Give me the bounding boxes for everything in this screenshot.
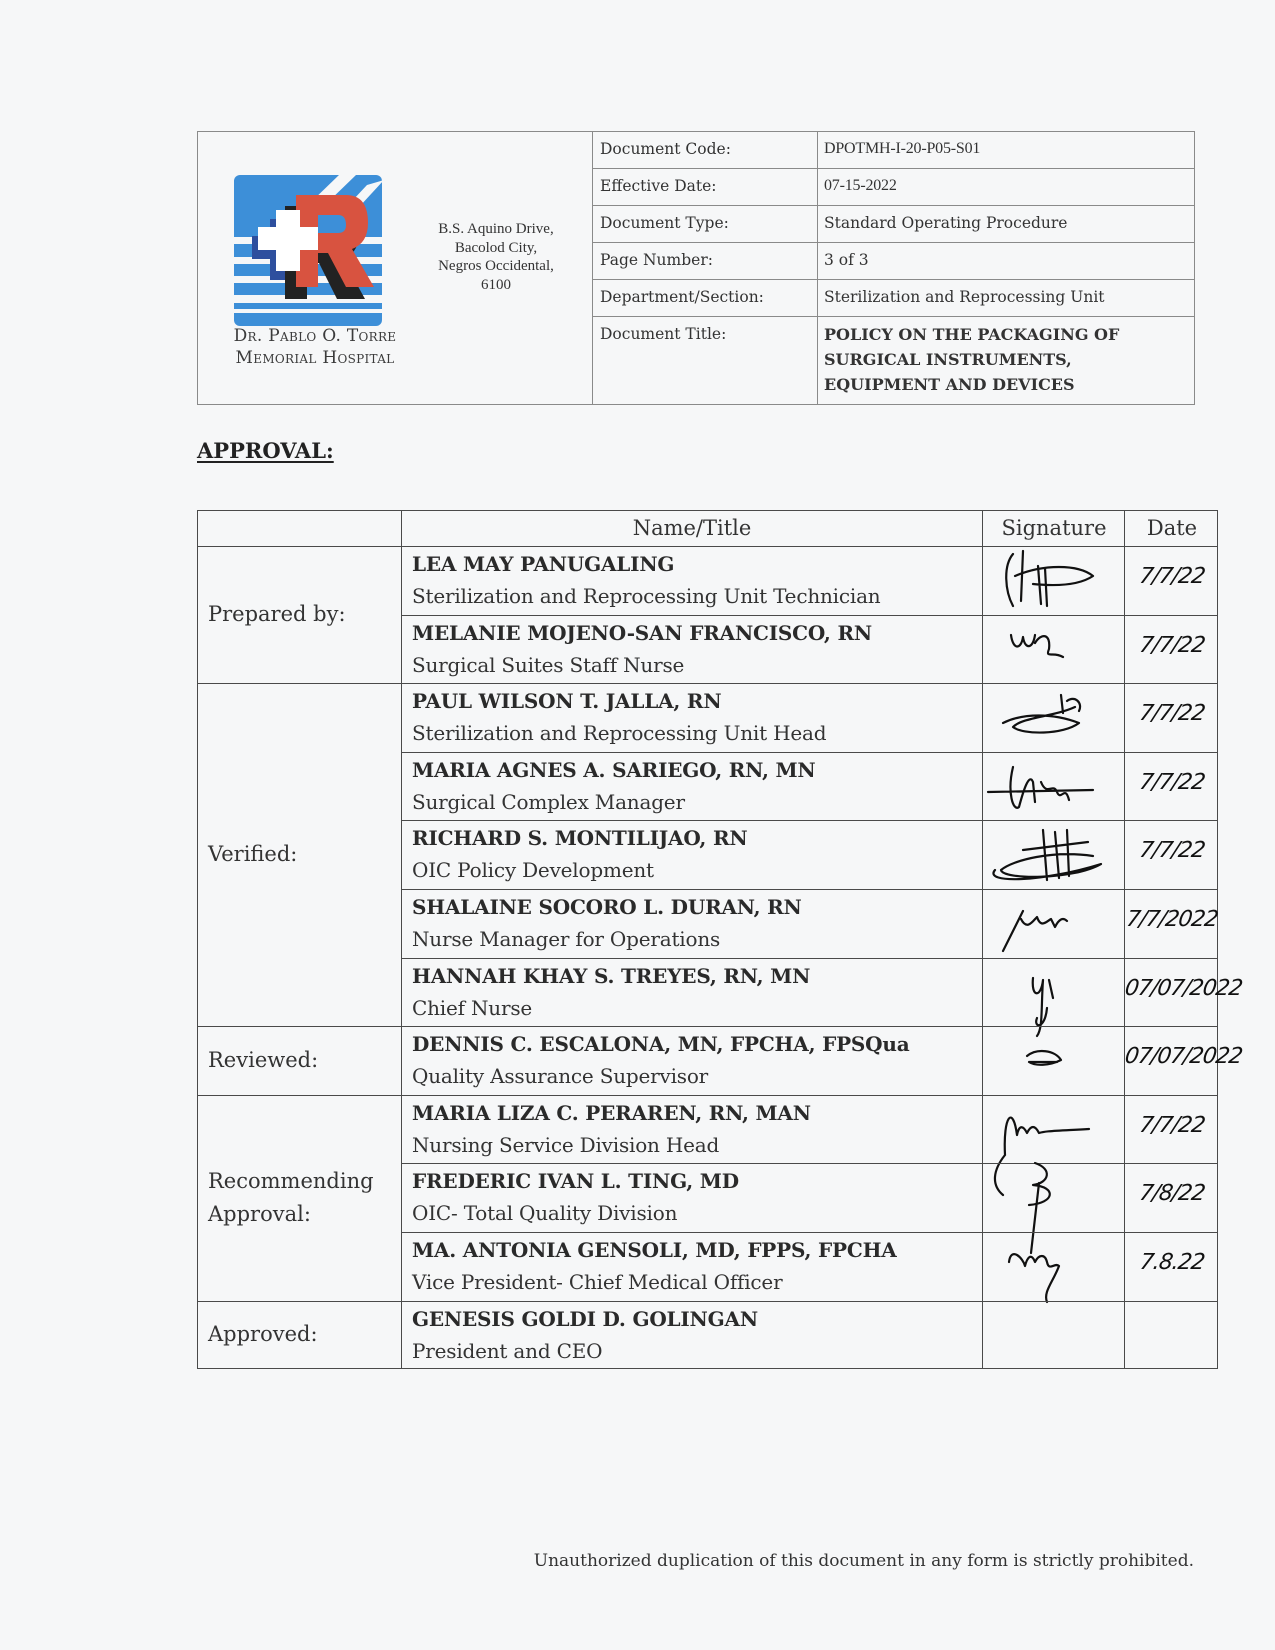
- field-label: Document Type:: [593, 206, 818, 242]
- signatory-row: FREDERIC IVAN L. TING, MDOIC- Total Qual…: [402, 1165, 983, 1229]
- signatory-row: PAUL WILSON T. JALLA, RNSterilization an…: [402, 685, 983, 749]
- signatory-name: LEA MAY PANUGALING: [412, 548, 983, 580]
- signatory-title: President and CEO: [412, 1335, 983, 1367]
- field-document-title: Document Title: POLICY ON THE PACKAGING …: [593, 317, 1194, 404]
- signatory-name: FREDERIC IVAN L. TING, MD: [412, 1165, 983, 1197]
- signatory-title: Sterilization and Reprocessing Unit Tech…: [412, 580, 983, 612]
- group-label: Recommending Approval:: [198, 1095, 402, 1301]
- field-value: 07-15-2022: [818, 169, 1194, 205]
- signature-date: 7/7/22: [1123, 633, 1221, 658]
- handwritten-signature-icon: [983, 546, 1125, 614]
- field-label: Department/Section:: [593, 280, 818, 316]
- field-document-type: Document Type: Standard Operating Proced…: [593, 206, 1194, 243]
- signature-cell: [983, 1232, 1125, 1301]
- handwritten-signature-icon: [983, 958, 1125, 1026]
- signatory-name: MELANIE MOJENO-SAN FRANCISCO, RN: [412, 617, 983, 649]
- signature-cell: [983, 1301, 1125, 1370]
- handwritten-signature-icon: [983, 683, 1125, 751]
- signatory-title: OIC- Total Quality Division: [412, 1197, 983, 1229]
- signatory-title: Chief Nurse: [412, 992, 983, 1024]
- signature-cell: [983, 889, 1125, 958]
- signature-cell: [983, 820, 1125, 889]
- handwritten-signature-icon: [983, 1026, 1125, 1094]
- approval-heading: APPROVAL:: [197, 438, 334, 463]
- signatory-row: RICHARD S. MONTILIJAO, RNOIC Policy Deve…: [402, 822, 983, 886]
- handwritten-signature-icon: [983, 1232, 1125, 1300]
- document-title: POLICY ON THE PACKAGING OF SURGICAL INST…: [818, 317, 1194, 404]
- field-label: Effective Date:: [593, 169, 818, 205]
- hospital-logo-icon: [234, 175, 389, 326]
- signature-cell: [983, 683, 1125, 752]
- signature-cell: [983, 752, 1125, 821]
- field-value: DPOTMH-I-20-P05-S01: [818, 132, 1194, 168]
- hospital-address: B.S. Aquino Drive, Bacolod City, Negros …: [411, 220, 581, 294]
- signatory-row: HANNAH KHAY S. TREYES, RN, MNChief Nurse: [402, 960, 983, 1024]
- signatory-title: Surgical Suites Staff Nurse: [412, 649, 983, 681]
- approval-table: Name/Title Signature Date Prepared by:LE…: [197, 510, 1218, 1369]
- signatory-row: LEA MAY PANUGALINGSterilization and Repr…: [402, 548, 983, 612]
- handwritten-signature-icon: [983, 1095, 1125, 1163]
- field-value: Sterilization and Reprocessing Unit: [818, 280, 1194, 316]
- signatory-title: Sterilization and Reprocessing Unit Head: [412, 717, 983, 749]
- signatory-title: OIC Policy Development: [412, 854, 983, 886]
- handwritten-signature-icon: [983, 615, 1125, 683]
- column-header-date: Date: [1125, 511, 1219, 546]
- group-label: Approved:: [198, 1301, 402, 1370]
- group-label: Prepared by:: [198, 546, 402, 683]
- field-label: Document Title:: [593, 317, 818, 404]
- signature-date: 7/7/22: [1123, 564, 1221, 589]
- signatory-row: MARIA LIZA C. PERAREN, RN, MANNursing Se…: [402, 1097, 983, 1161]
- signature-date: 7/7/22: [1123, 701, 1221, 726]
- footer-notice: Unauthorized duplication of this documen…: [534, 1551, 1194, 1571]
- column-header-signature: Signature: [983, 511, 1125, 546]
- signature-date: 7/7/22: [1123, 1113, 1221, 1138]
- signatory-title: Nurse Manager for Operations: [412, 923, 983, 955]
- signature-cell: [983, 1163, 1125, 1232]
- signatory-title: Nursing Service Division Head: [412, 1129, 983, 1161]
- document-header-table: Dr. Pablo O. Torre Memorial Hospital B.S…: [197, 131, 1195, 405]
- signatory-name: HANNAH KHAY S. TREYES, RN, MN: [412, 960, 983, 992]
- column-header-name-title: Name/Title: [402, 511, 982, 546]
- signatory-name: MA. ANTONIA GENSOLI, MD, FPPS, FPCHA: [412, 1234, 983, 1266]
- handwritten-signature-icon: [983, 752, 1125, 820]
- signatory-row: MARIA AGNES A. SARIEGO, RN, MNSurgical C…: [402, 754, 983, 818]
- signature-cell: [983, 615, 1125, 684]
- signatory-row: MELANIE MOJENO-SAN FRANCISCO, RNSurgical…: [402, 617, 983, 681]
- field-department: Department/Section: Sterilization and Re…: [593, 280, 1194, 317]
- signatory-name: MARIA AGNES A. SARIEGO, RN, MN: [412, 754, 983, 786]
- signature-cell: [983, 958, 1125, 1027]
- handwritten-signature-icon: [983, 820, 1125, 888]
- signatory-name: DENNIS C. ESCALONA, MN, FPCHA, FPSQua: [412, 1028, 983, 1060]
- signature-cell: [983, 1026, 1125, 1095]
- signatory-name: MARIA LIZA C. PERAREN, RN, MAN: [412, 1097, 983, 1129]
- signatory-row: SHALAINE SOCORO L. DURAN, RNNurse Manage…: [402, 891, 983, 955]
- row-divider: [198, 546, 1217, 547]
- signatory-row: DENNIS C. ESCALONA, MN, FPCHA, FPSQuaQua…: [402, 1028, 983, 1092]
- signature-cell: [983, 1095, 1125, 1164]
- field-label: Page Number:: [593, 243, 818, 279]
- signatory-row: GENESIS GOLDI D. GOLINGANPresident and C…: [402, 1303, 983, 1367]
- signatory-name: RICHARD S. MONTILIJAO, RN: [412, 822, 983, 854]
- group-label: Verified:: [198, 683, 402, 1026]
- hospital-name-line2: Memorial Hospital: [210, 348, 420, 368]
- handwritten-signature-icon: [983, 889, 1125, 957]
- field-document-code: Document Code: DPOTMH-I-20-P05-S01: [593, 132, 1194, 169]
- field-value: Standard Operating Procedure: [818, 206, 1194, 242]
- group-label: Reviewed:: [198, 1026, 402, 1095]
- field-value: 3 of 3: [818, 243, 1194, 279]
- signatory-title: Vice President- Chief Medical Officer: [412, 1266, 983, 1298]
- signatory-name: SHALAINE SOCORO L. DURAN, RN: [412, 891, 983, 923]
- signature-date: 07/07/2022: [1123, 976, 1221, 1001]
- signature-date: 07/07/2022: [1123, 1044, 1221, 1069]
- signatory-title: Surgical Complex Manager: [412, 786, 983, 818]
- field-page-number: Page Number: 3 of 3: [593, 243, 1194, 280]
- signature-cell: [983, 546, 1125, 615]
- signatory-name: PAUL WILSON T. JALLA, RN: [412, 685, 983, 717]
- handwritten-signature-icon: [983, 1163, 1125, 1231]
- field-effective-date: Effective Date: 07-15-2022: [593, 169, 1194, 206]
- hospital-name: Dr. Pablo O. Torre: [210, 326, 420, 346]
- signature-date: 7.8.22: [1123, 1250, 1221, 1275]
- logo-cell: Dr. Pablo O. Torre Memorial Hospital B.S…: [198, 132, 593, 404]
- signatory-name: GENESIS GOLDI D. GOLINGAN: [412, 1303, 983, 1335]
- field-label: Document Code:: [593, 132, 818, 168]
- signatory-row: MA. ANTONIA GENSOLI, MD, FPPS, FPCHAVice…: [402, 1234, 983, 1298]
- signature-date: 7/7/22: [1123, 838, 1221, 863]
- signature-date: 7/7/22: [1123, 770, 1221, 795]
- signature-date: 7/7/2022: [1123, 907, 1221, 932]
- signatory-title: Quality Assurance Supervisor: [412, 1060, 983, 1092]
- signature-date: 7/8/22: [1123, 1181, 1221, 1206]
